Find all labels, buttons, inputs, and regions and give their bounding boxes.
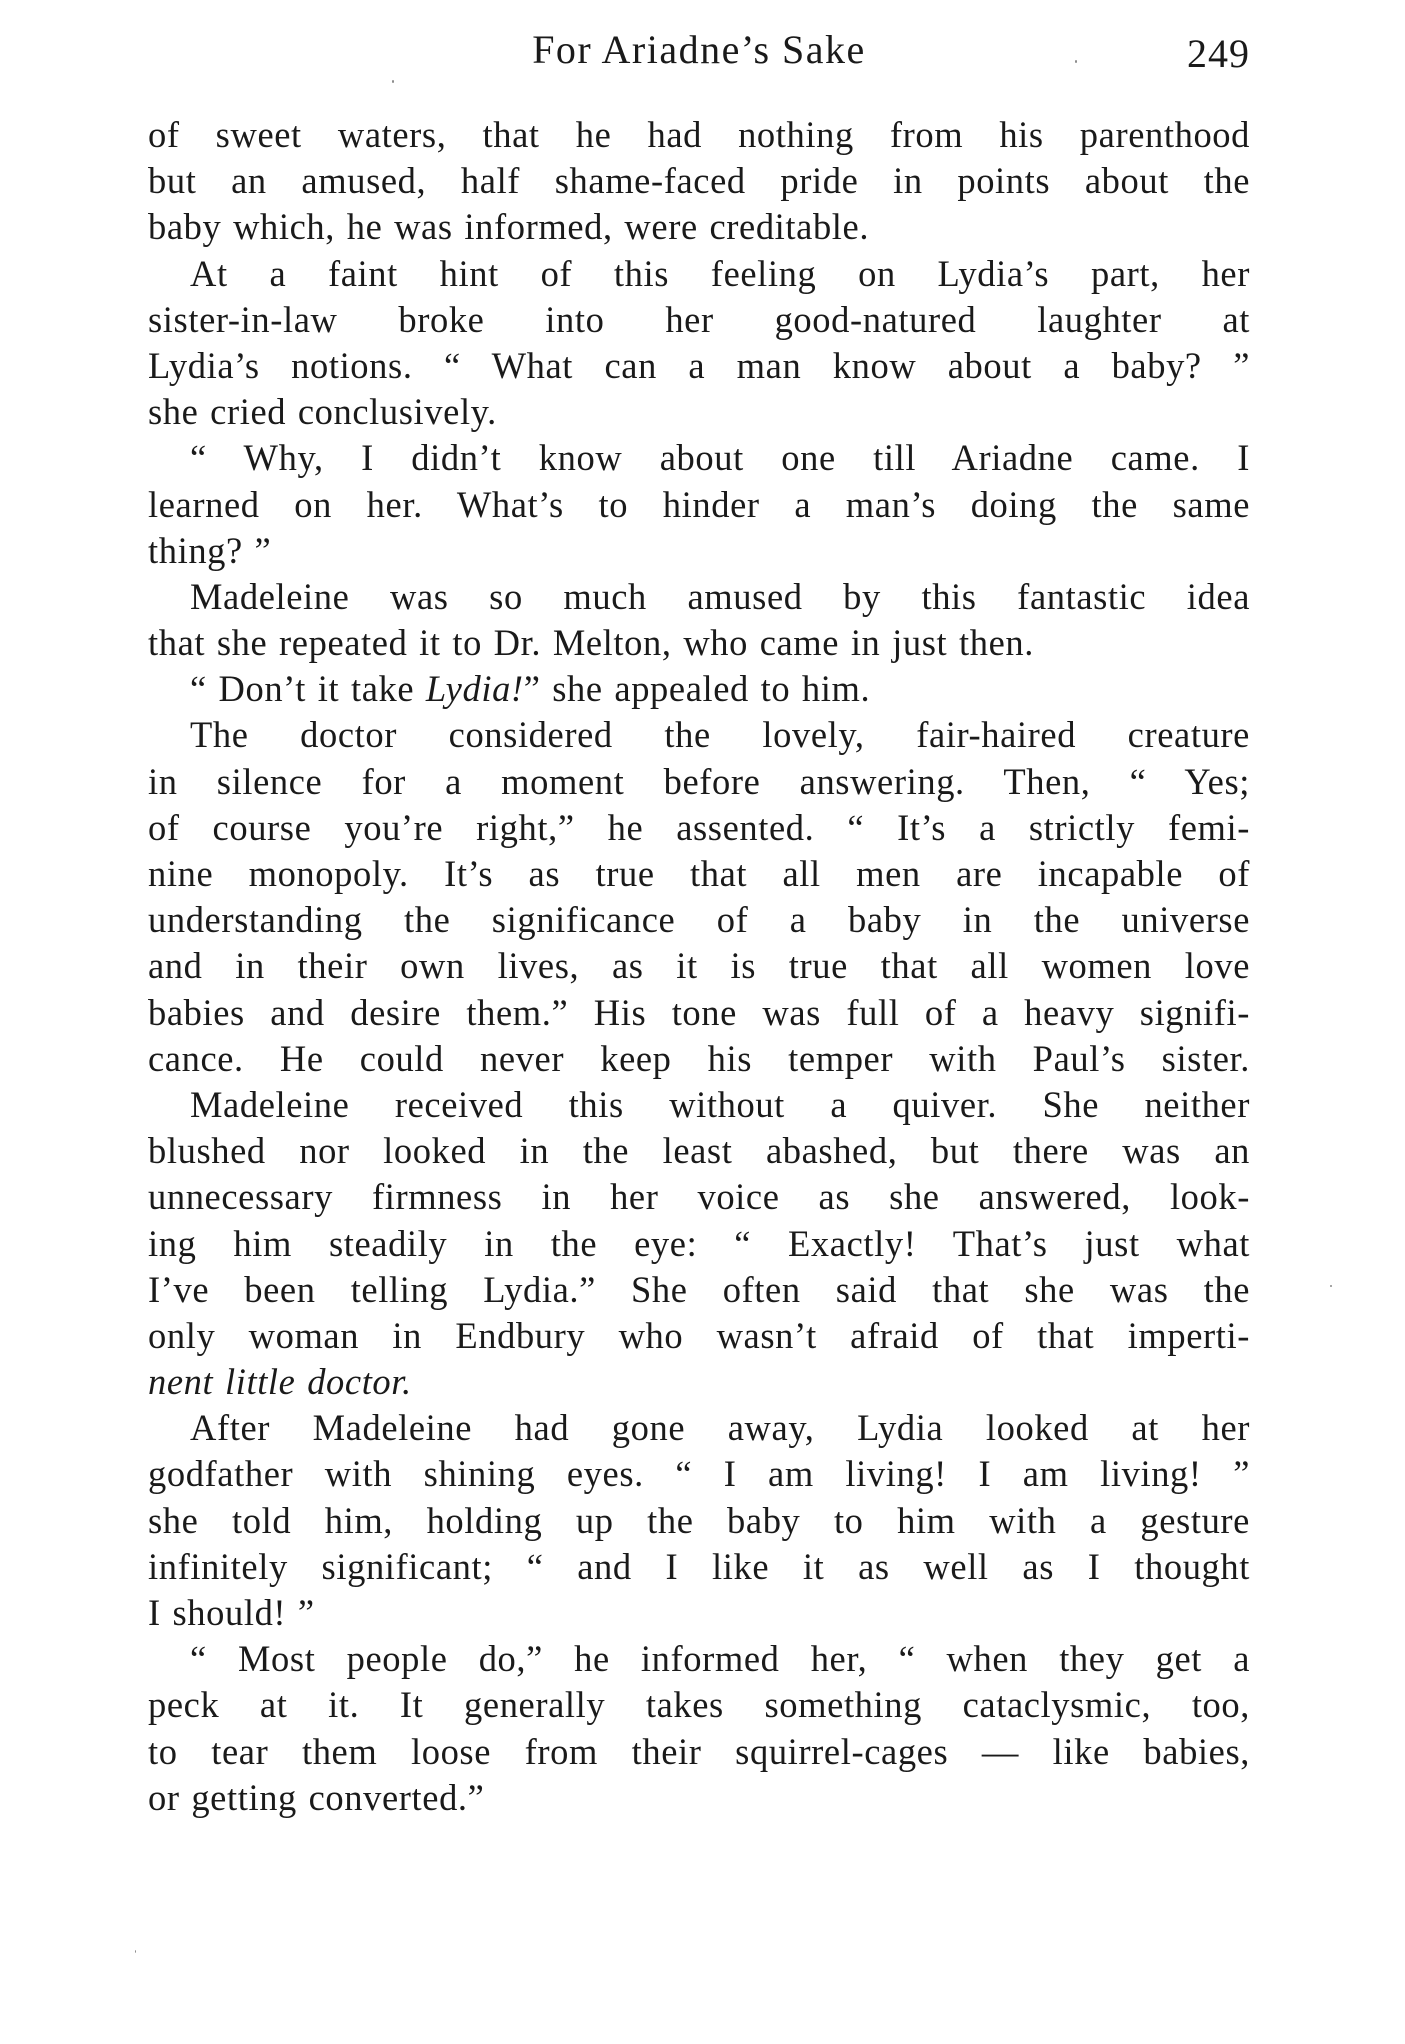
text-line: she told him, holding up the baby to him… (148, 1498, 1250, 1544)
text-line: only woman in Endbury who wasn’t afraid … (148, 1313, 1250, 1359)
text-line: thing? ” (148, 528, 1250, 574)
paragraph: Madeleine received this without a quiver… (148, 1082, 1250, 1405)
scan-speck (1075, 60, 1077, 63)
text-line: “ Most people do,” he informed her, “ wh… (148, 1636, 1250, 1682)
text-line: and in their own lives, as it is true th… (148, 943, 1250, 989)
text-line: ing him steadily in the eye: “ Exactly! … (148, 1221, 1250, 1267)
running-title: For Ariadne’s Sake (148, 22, 1250, 78)
text-line: unnecessary firmness in her voice as she… (148, 1174, 1250, 1220)
text-line: baby which, he was informed, were credit… (148, 204, 1250, 250)
text-line: I’ve been telling Lydia.” She often said… (148, 1267, 1250, 1313)
text-line: in silence for a moment before answering… (148, 759, 1250, 805)
paragraph: At a faint hint of this feeling on Lydia… (148, 251, 1250, 436)
text-line: but an amused, half shame-faced pride in… (148, 158, 1250, 204)
text-line: sister-in-law broke into her good-nature… (148, 297, 1250, 343)
paragraph: The doctor considered the lovely, fair-h… (148, 712, 1250, 1082)
text-line: nent little doctor. (148, 1359, 1250, 1405)
paragraph: of sweet waters, that he had nothing fro… (148, 112, 1250, 251)
text-line: cance. He could never keep his temper wi… (148, 1036, 1250, 1082)
text-line: of course you’re right,” he assented. “ … (148, 805, 1250, 851)
text-line: At a faint hint of this feeling on Lydia… (148, 251, 1250, 297)
text-line: babies and desire them.” His tone was fu… (148, 990, 1250, 1036)
paragraph: Madeleine was so much amused by this fan… (148, 574, 1250, 666)
text-line: Madeleine received this without a quiver… (148, 1082, 1250, 1128)
text-line: learned on her. What’s to hinder a man’s… (148, 482, 1250, 528)
scan-speck (392, 80, 394, 83)
page-number: 249 (1187, 26, 1250, 82)
text-line: to tear them loose from their squirrel-c… (148, 1729, 1250, 1775)
text-line: Madeleine was so much amused by this fan… (148, 574, 1250, 620)
text-line: infinitely significant; “ and I like it … (148, 1544, 1250, 1590)
page-header: For Ariadne’s Sake 249 (148, 22, 1250, 78)
paragraph: “ Most people do,” he informed her, “ wh… (148, 1636, 1250, 1821)
text-line: she cried conclusively. (148, 389, 1250, 435)
body-text: of sweet waters, that he had nothing fro… (148, 112, 1250, 1821)
text-line: Lydia’s notions. “ What can a man know a… (148, 343, 1250, 389)
text-line: understanding the significance of a baby… (148, 897, 1250, 943)
text-line: blushed nor looked in the least abashed,… (148, 1128, 1250, 1174)
text-line: “ Don’t it take Lydia!” she appealed to … (148, 666, 1250, 712)
text-line: I should! ” (148, 1590, 1250, 1636)
text-line: of sweet waters, that he had nothing fro… (148, 112, 1250, 158)
text-line: “ Why, I didn’t know about one till Aria… (148, 435, 1250, 481)
text-line: nine monopoly. It’s as true that all men… (148, 851, 1250, 897)
scan-speck (135, 1950, 136, 1953)
paragraph: “ Don’t it take Lydia!” she appealed to … (148, 666, 1250, 712)
text-line: that she repeated it to Dr. Melton, who … (148, 620, 1250, 666)
text-run: ” she appealed to him. (524, 668, 871, 709)
text-line: or getting converted.” (148, 1775, 1250, 1821)
text-line: peck at it. It generally takes something… (148, 1682, 1250, 1728)
paragraph: “ Why, I didn’t know about one till Aria… (148, 435, 1250, 574)
text-line: After Madeleine had gone away, Lydia loo… (148, 1405, 1250, 1451)
italic-run: Lydia! (426, 668, 524, 709)
text-line: The doctor considered the lovely, fair-h… (148, 712, 1250, 758)
paragraph: After Madeleine had gone away, Lydia loo… (148, 1405, 1250, 1636)
scan-speck (1330, 1285, 1332, 1287)
text-run: “ Don’t it take (190, 668, 426, 709)
text-line: godfather with shining eyes. “ I am livi… (148, 1451, 1250, 1497)
